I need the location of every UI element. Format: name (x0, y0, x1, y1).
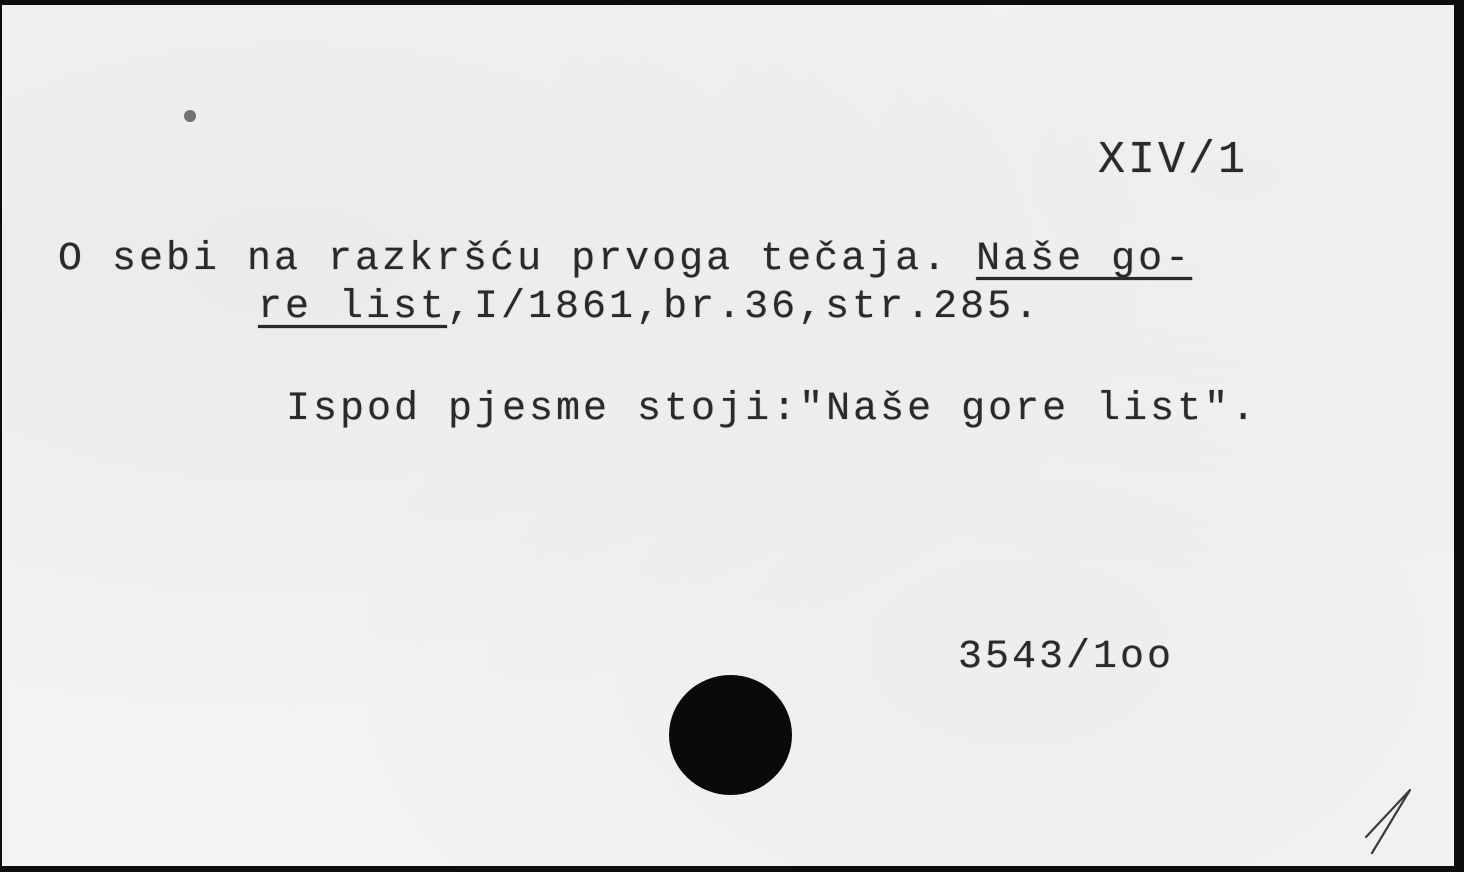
call-number: XIV/1 (1098, 135, 1248, 186)
ink-speck (184, 110, 196, 122)
source-citation: ,I/1861,br.36,str.285. (447, 285, 1041, 330)
pencil-mark-icon (1362, 775, 1454, 866)
accession-number: 3543/1oo (958, 635, 1174, 680)
entry-title-line-2: re list,I/1861,br.36,str.285. (258, 285, 1041, 330)
source-title-part-2: re list (258, 285, 447, 330)
entry-title-line-1: O sebi na razkršću prvoga tečaja. Naše g… (58, 237, 1192, 282)
source-title-part-1: Naše go- (976, 237, 1192, 282)
entry-title-text: O sebi na razkršću prvoga tečaja. (58, 237, 976, 282)
index-card: XIV/1 O sebi na razkršću prvoga tečaja. … (2, 5, 1454, 866)
punch-hole (669, 675, 792, 795)
note-line: Ispod pjesme stoji:"Naše gore list". (286, 387, 1258, 432)
